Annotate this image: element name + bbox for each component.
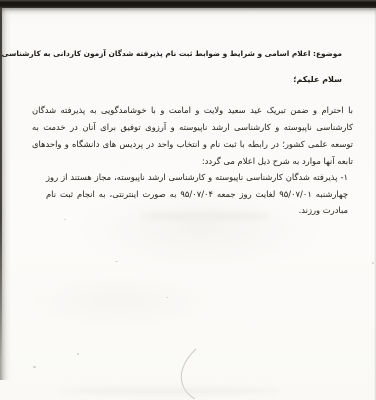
- scan-speck: [64, 219, 66, 220]
- subject-line: موضوع: اعلام اسامی و شرایط و ضوابط ثبت ن…: [20, 49, 342, 58]
- scan-speck: [115, 261, 118, 262]
- salutation: سلام علیکم؛: [293, 75, 342, 84]
- scan-speck: [372, 262, 374, 264]
- scan-smudge: [140, 212, 270, 220]
- list-item-1-text: پذیرفته شدگان کارشناسی ناپیوسته و کارشنا…: [46, 172, 348, 215]
- list-item-1-number: ۱-: [340, 172, 348, 182]
- scan-speck: [166, 297, 168, 298]
- scanned-letter-page: موضوع: اعلام اسامی و شرایط و ضوابط ثبت ن…: [0, 0, 376, 400]
- scan-speck: [77, 353, 79, 355]
- scan-speck: [33, 366, 36, 368]
- letter-content: موضوع: اعلام اسامی و شرایط و ضوابط ثبت ن…: [0, 0, 376, 400]
- scan-smudge: [60, 388, 280, 394]
- body-paragraph: با احترام و ضمن تبریک عید سعید ولایت و ا…: [32, 102, 353, 170]
